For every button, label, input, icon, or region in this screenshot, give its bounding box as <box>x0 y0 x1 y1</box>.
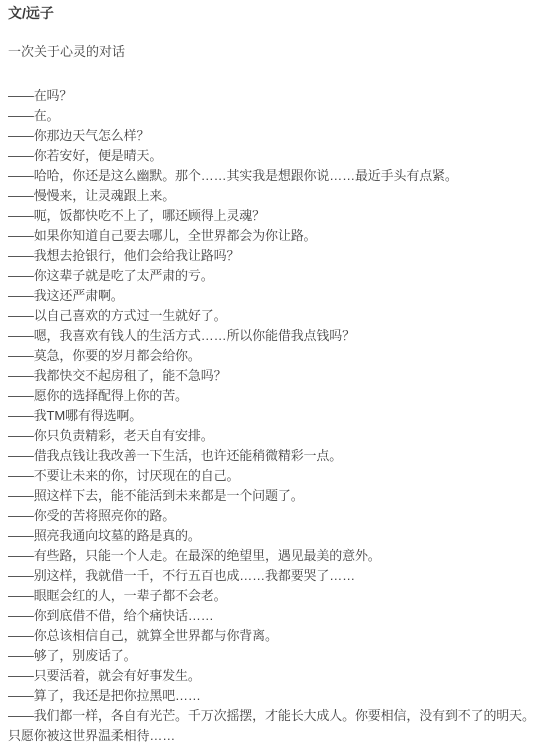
dialogue-line: ——莫急，你要的岁月都会给你。 <box>8 346 537 366</box>
dialogue-line: ——你到底借不借，给个痛快话…… <box>8 606 537 626</box>
dialogue-line: ——借我点钱让我改善一下生活，也许还能稍微精彩一点。 <box>8 446 537 466</box>
dialogue-line: ——你这辈子就是吃了太严肃的亏。 <box>8 266 537 286</box>
article-title: 一次关于心灵的对话 <box>8 42 537 62</box>
article: 文/远子 一次关于心灵的对话 ——在吗？——在。——你那边天气怎么样？——你若安… <box>0 0 545 746</box>
dialogue-line: ——我都快交不起房租了，能不急吗？ <box>8 366 537 386</box>
dialogue-line: ——别这样，我就借一千，不行五百也成……我都要哭了…… <box>8 566 537 586</box>
dialogue-line: ——我想去抢银行，他们会给我让路吗？ <box>8 246 537 266</box>
dialogue-line: ——照这样下去，能不能活到未来都是一个问题了。 <box>8 486 537 506</box>
dialogue-line: ——眼眶会红的人，一辈子都不会老。 <box>8 586 537 606</box>
dialogue-line: ——算了，我还是把你拉黑吧…… <box>8 686 537 706</box>
dialogue-line: ——愿你的选择配得上你的苦。 <box>8 386 537 406</box>
dialogue-line: ——你受的苦将照亮你的路。 <box>8 506 537 526</box>
dialogue-line: ——有些路，只能一个人走。在最深的绝望里，遇见最美的意外。 <box>8 546 537 566</box>
dialogue-line: ——照亮我通向坟墓的路是真的。 <box>8 526 537 546</box>
dialogue-line: ——嗯，我喜欢有钱人的生活方式……所以你能借我点钱吗？ <box>8 326 537 346</box>
dialogue-line: ——哈哈，你还是这么幽默。那个……其实我是想跟你说……最近手头有点紧。 <box>8 166 537 186</box>
dialogue-line: ——我TM哪有得选啊。 <box>8 406 537 426</box>
dialogue-line: ——呃，饭都快吃不上了，哪还顾得上灵魂？ <box>8 206 537 226</box>
dialogue-line: ——在。 <box>8 106 537 126</box>
author-line: 文/远子 <box>8 3 537 23</box>
dialogue-line: ——够了，别废话了。 <box>8 646 537 666</box>
dialogue-line: ——不要让未来的你，讨厌现在的自己。 <box>8 466 537 486</box>
dialogue-line: ——在吗？ <box>8 86 537 106</box>
dialogue-line: ——如果你知道自己要去哪儿，全世界都会为你让路。 <box>8 226 537 246</box>
dialogue-line: ——以自己喜欢的方式过一生就好了。 <box>8 306 537 326</box>
dialogue-line: ——我这还严肃啊。 <box>8 286 537 306</box>
dialogue-line: ——你那边天气怎么样？ <box>8 126 537 146</box>
dialogue-line: ——你若安好，便是晴天。 <box>8 146 537 166</box>
dialogue-line: ——你总该相信自己，就算全世界都与你背离。 <box>8 626 537 646</box>
dialogue-line: ——只要活着，就会有好事发生。 <box>8 666 537 686</box>
dialogue-line: ——我们都一样，各自有光芒。千万次摇摆，才能长大成人。你要相信，没有到不了的明天… <box>8 706 537 746</box>
dialogue-line: ——慢慢来，让灵魂跟上来。 <box>8 186 537 206</box>
dialogue-line: ——你只负责精彩，老天自有安排。 <box>8 426 537 446</box>
dialogue-list: ——在吗？——在。——你那边天气怎么样？——你若安好，便是晴天。——哈哈，你还是… <box>8 86 537 746</box>
